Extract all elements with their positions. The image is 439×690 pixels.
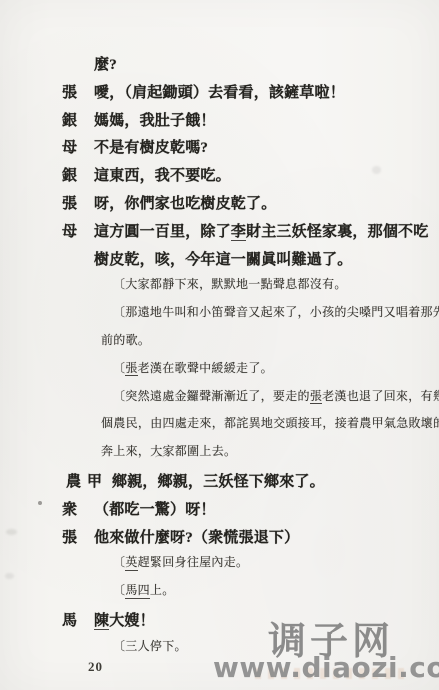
proper-noun-mark: 張 bbox=[310, 389, 322, 405]
dialogue-line: 母這方圓一百里，除了李財主三妖怪家裏，那個不吃 bbox=[0, 216, 439, 244]
watermark-site-url: www.diaozi.com bbox=[213, 651, 439, 684]
proper-noun-mark: 陳 bbox=[94, 613, 109, 631]
dialogue-line: 母不是有樹皮乾嗎? bbox=[0, 132, 439, 160]
stage-direction-line: 〔馬四上。 bbox=[0, 577, 439, 605]
stage-direction-line: 〔張老漢在歌聲中緩緩走了。 bbox=[0, 355, 439, 383]
proper-noun-mark: 李 bbox=[231, 224, 246, 242]
script-text-column: 麼?張噯，（肩起鋤頭）去看看，該鏟草啦！銀媽媽，我肚子餓！母不是有樹皮乾嗎?銀這… bbox=[0, 0, 439, 661]
stage-direction-line: 奔上來，大家都圍上去。 bbox=[0, 438, 439, 466]
dialogue-text: 這方圓一百里，除了李財主三妖怪家裏，那個不吃 bbox=[94, 224, 428, 242]
dialogue-text: 他來做什麼呀?（衆慌張退下） bbox=[94, 530, 299, 546]
proper-noun-mark: 英 bbox=[125, 555, 137, 571]
stage-direction-line: 個農民，由四處走來，都詫異地交頭接耳，接着農甲氣急敗壞的 bbox=[0, 410, 439, 438]
scan-speck bbox=[38, 501, 42, 505]
stage-direction-text: 〔那遠地牛叫和小笛聲音又起來了，小孩的尖嗓門又唱着那先 bbox=[113, 305, 439, 319]
scan-speck bbox=[155, 455, 164, 461]
speaker-label: 張 bbox=[62, 81, 94, 102]
proper-noun-mark: 張 bbox=[125, 361, 137, 377]
stage-direction-text: 〔馬四上。 bbox=[113, 583, 175, 599]
dialogue-text: 媽媽，我肚子餓！ bbox=[94, 113, 216, 129]
dialogue-line: 張他來做什麼呀?（衆慌張退下） bbox=[0, 522, 439, 550]
dialogue-text: 樹皮乾，咳，今年這一關眞叫難過了。 bbox=[94, 252, 352, 268]
scan-speck bbox=[6, 529, 17, 535]
stage-direction-text: 個農民，由四處走來，都詫異地交頭接耳，接着農甲氣急敗壞的 bbox=[101, 416, 439, 430]
stage-direction-line: 〔英趕緊回身往屋內走。 bbox=[0, 549, 439, 577]
stage-direction-text: 〔張老漢在歌聲中緩緩走了。 bbox=[113, 361, 273, 377]
stage-direction-line: 〔突然遠處金鑼聲漸漸近了，要走的張老漢也退了回來，有幾 bbox=[0, 383, 439, 411]
dialogue-text: 呀，你們家也吃樹皮乾了。 bbox=[94, 196, 276, 212]
stage-direction-text: 〔三人停下。 bbox=[113, 639, 187, 653]
proper-noun-mark: 馬四 bbox=[125, 583, 150, 599]
dialogue-line: 衆（都吃一驚）呀！ bbox=[0, 494, 439, 522]
speaker-label: 張 bbox=[62, 526, 94, 547]
speaker-label: 馬 bbox=[62, 609, 94, 630]
dialogue-line: 銀媽媽，我肚子餓！ bbox=[0, 105, 439, 133]
dialogue-text: 麼? bbox=[94, 57, 117, 73]
dialogue-text: （都吃一驚）呀！ bbox=[94, 502, 216, 518]
speaker-label: 母 bbox=[62, 136, 94, 157]
speaker-label: 銀 bbox=[62, 164, 94, 185]
speaker-label: 母 bbox=[62, 220, 94, 241]
dialogue-text: 這東西，我不要吃。 bbox=[94, 168, 231, 184]
dialogue-text: 鄉親，鄉親，三妖怪下鄉來了。 bbox=[112, 474, 325, 490]
stage-direction-text: 〔英趕緊回身往屋內走。 bbox=[113, 555, 248, 571]
scan-speck bbox=[5, 573, 14, 579]
dialogue-text: 不是有樹皮乾嗎? bbox=[94, 140, 208, 156]
stage-direction-line: 〔那遠地牛叫和小笛聲音又起來了，小孩的尖嗓門又唱着那先 bbox=[0, 299, 439, 327]
scanned-script-page: 麼?張噯，（肩起鋤頭）去看看，該鏟草啦！銀媽媽，我肚子餓！母不是有樹皮乾嗎?銀這… bbox=[0, 0, 439, 690]
stage-direction-text: 〔大家都靜下來，默默地一點聲息都沒有。 bbox=[113, 277, 347, 291]
speaker-label: 張 bbox=[62, 192, 94, 213]
dialogue-line: 張呀，你們家也吃樹皮乾了。 bbox=[0, 188, 439, 216]
page-number: 20 bbox=[88, 659, 103, 675]
dialogue-text: 陳大嫂！ bbox=[94, 613, 155, 631]
dialogue-line: 銀這東西，我不要吃。 bbox=[0, 160, 439, 188]
dialogue-line: 麼? bbox=[0, 49, 439, 77]
speaker-label: 銀 bbox=[62, 109, 94, 130]
dialogue-text: 噯，（肩起鋤頭）去看看，該鏟草啦！ bbox=[94, 85, 345, 101]
scan-speck bbox=[372, 166, 381, 174]
speaker-label: 農甲 bbox=[66, 470, 112, 491]
dialogue-line: 農甲鄉親，鄉親，三妖怪下鄉來了。 bbox=[0, 466, 439, 494]
stage-direction-line: 前的歌。 bbox=[0, 327, 439, 355]
stage-direction-text: 奔上來，大家都圍上去。 bbox=[101, 444, 236, 458]
dialogue-line: 樹皮乾，咳，今年這一關眞叫難過了。 bbox=[0, 244, 439, 272]
speaker-label: 衆 bbox=[62, 498, 94, 519]
stage-direction-text: 〔突然遠處金鑼聲漸漸近了，要走的張老漢也退了回來，有幾 bbox=[113, 389, 439, 405]
stage-direction-line: 〔大家都靜下來，默默地一點聲息都沒有。 bbox=[0, 271, 439, 299]
stage-direction-text: 前的歌。 bbox=[101, 333, 150, 347]
dialogue-line: 張噯，（肩起鋤頭）去看看，該鏟草啦！ bbox=[0, 77, 439, 105]
